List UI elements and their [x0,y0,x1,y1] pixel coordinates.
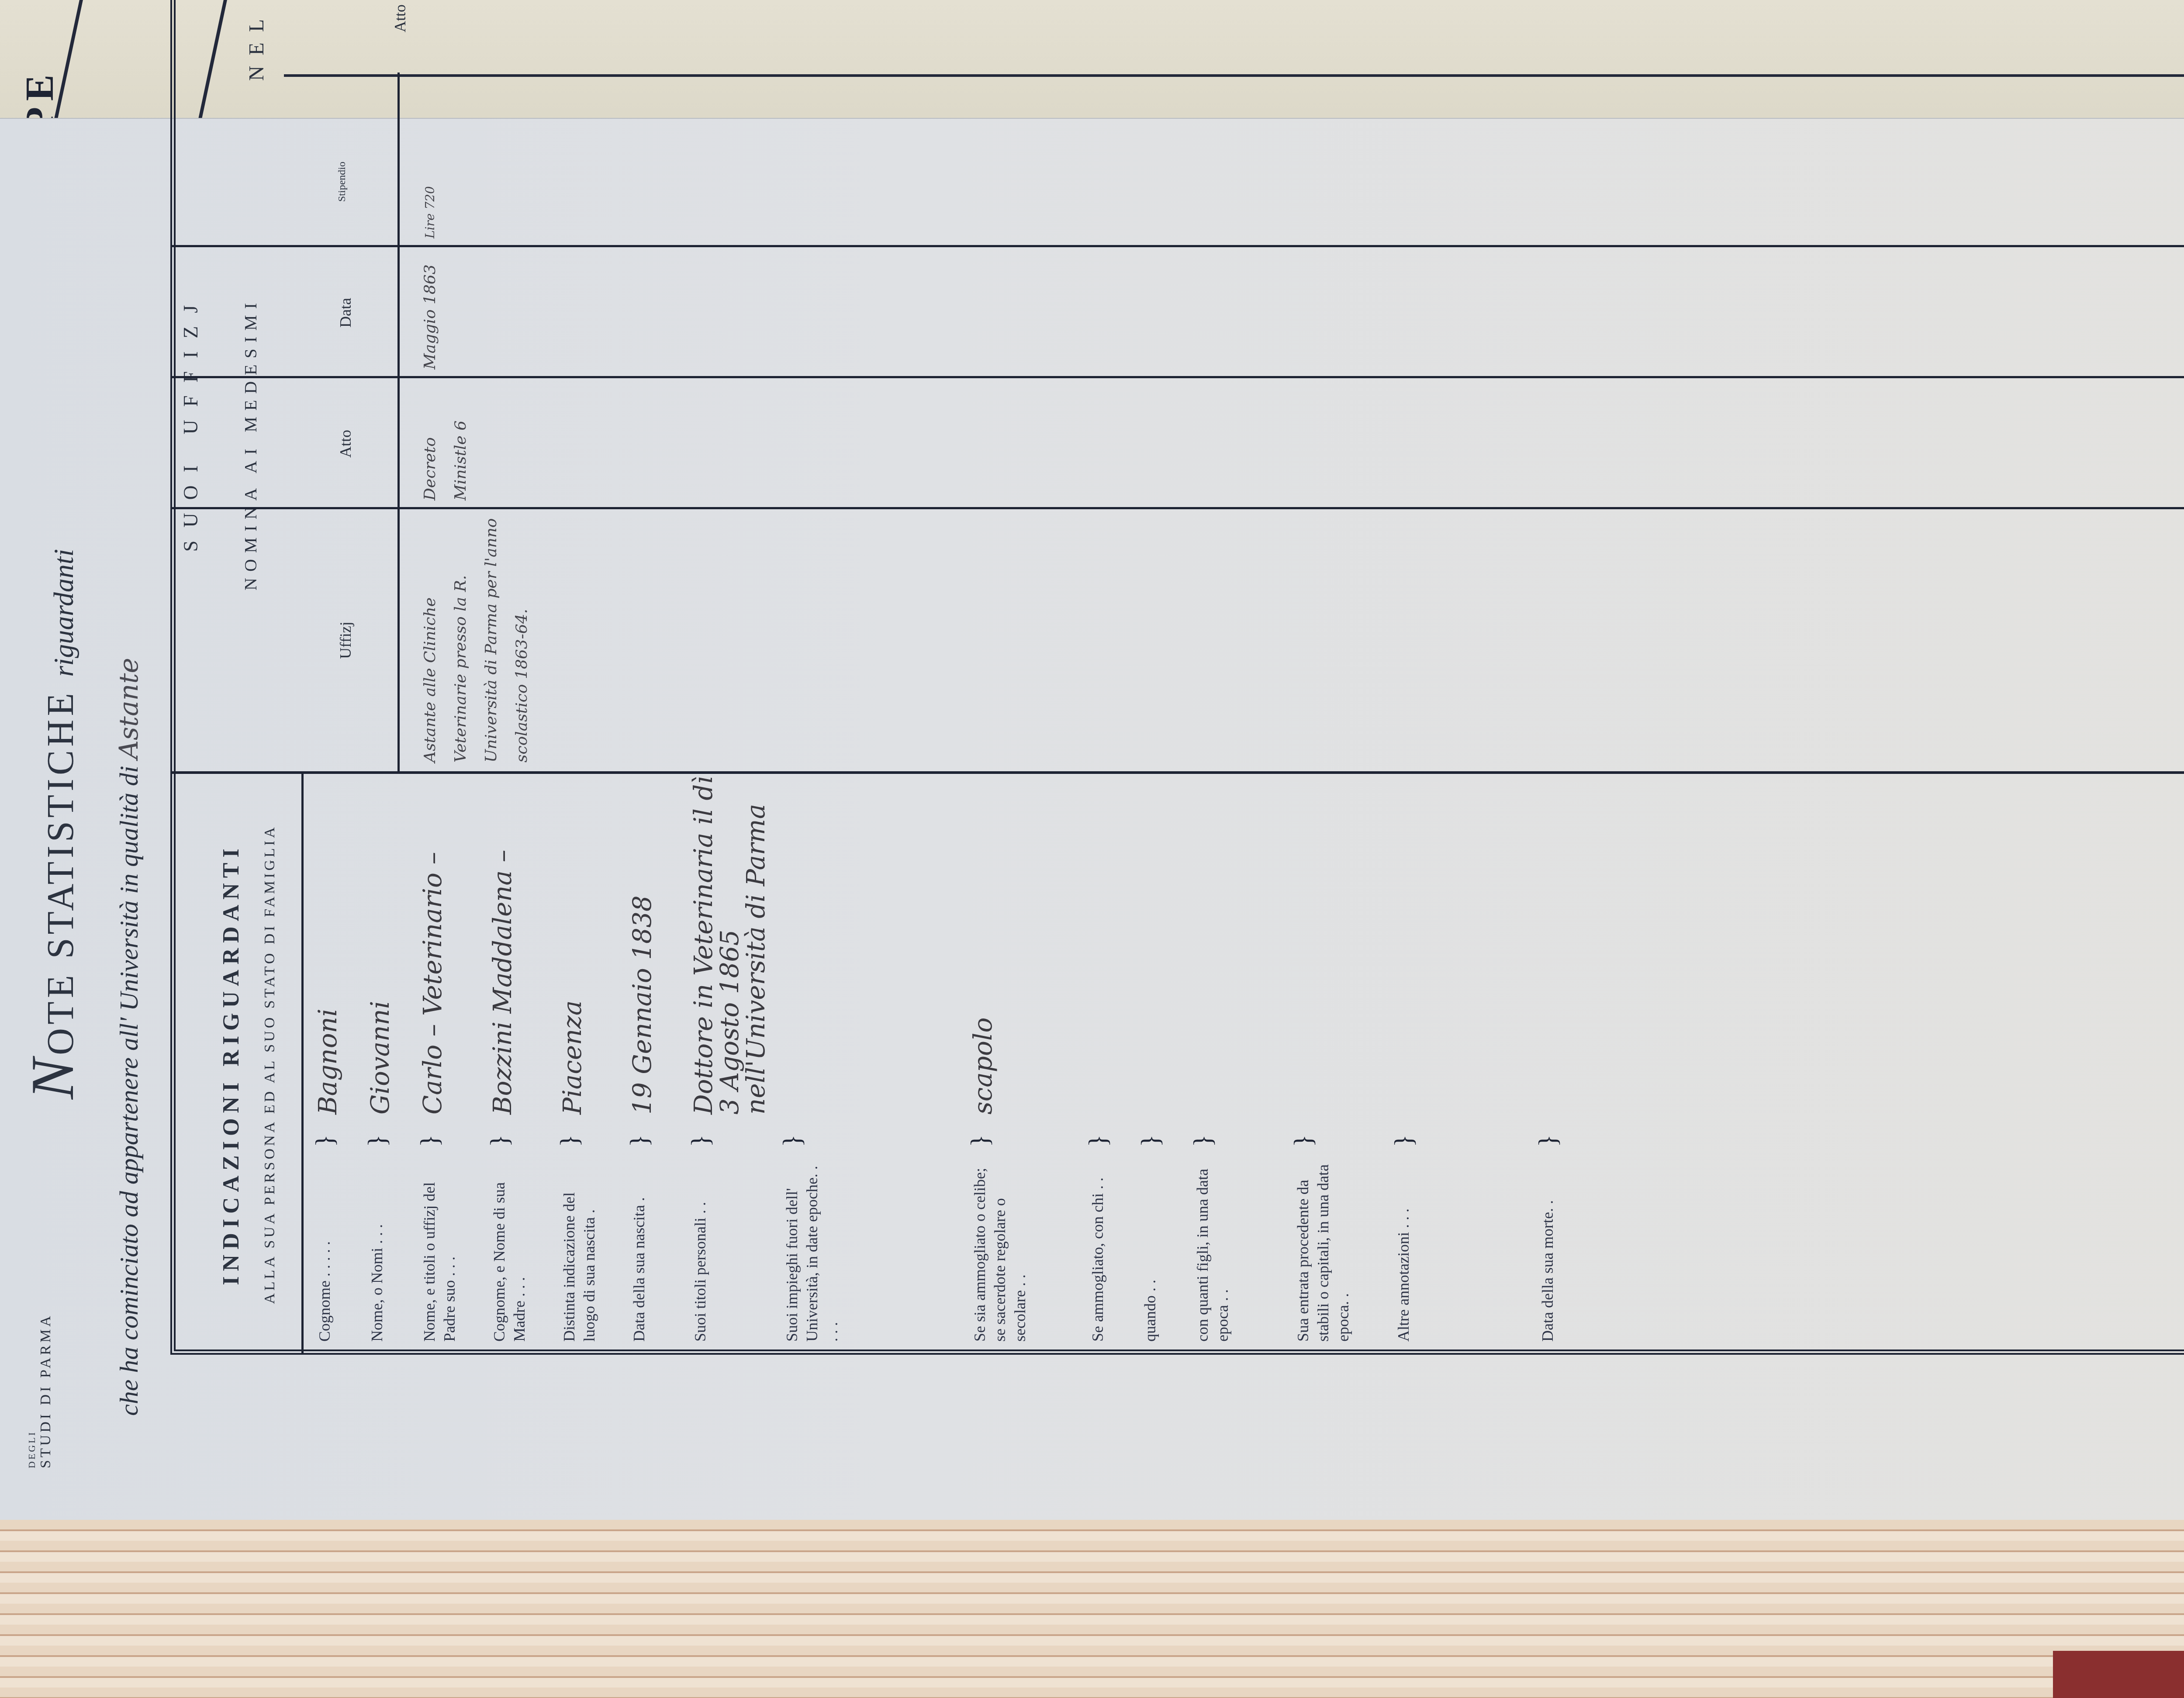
brace-icon: } [1538,1123,1558,1158]
statistical-form: DEGLI STUDI DI PARMA NOTE STATISTICHE ri… [0,119,2184,1529]
entry-stipendio: Lire 720 [415,121,446,238]
field-value: Bozzini Maddalena – [489,774,515,1123]
field-label: Se sia ammogliato o celibe; se sacerdote… [970,1158,1030,1342]
form-subtitle: che ha cominciato ad appartenere all' Un… [114,106,144,1416]
field-value: Bagnoni [314,774,341,1123]
field-row: Suoi titoli personali . .}Dottore in Vet… [690,774,778,1342]
field-label: Se ammogliato, con chi . . [1088,1158,1108,1342]
field-label: Data della sua nascita . [629,1158,649,1342]
column-divider [170,245,2184,247]
field-label: con quanti figli, in una data epoca . . [1192,1158,1233,1342]
title-text: OTE STATISTICHE [39,690,81,1055]
field-row: con quanti figli, in una data epoca . .} [1192,774,1289,1342]
entry-atto: Decreto Ministle 6 [415,383,476,500]
brace-icon: } [489,1123,509,1158]
field-label: Suoi impieghi fuori dell' Università, in… [782,1158,842,1342]
field-label: Data della sua morte. . [1538,1158,1558,1342]
field-row: Se ammogliato, con chi . .} [1088,774,1136,1342]
brace-icon: } [970,1123,990,1158]
field-row: Cognome . . . . .}Bagnoni [314,774,363,1342]
field-row: Nome, e titoli o uffizj del Padre suo . … [419,774,485,1342]
field-value: scapolo [970,774,996,1123]
brace-icon: } [419,1123,439,1158]
field-label: Suoi titoli personali . . [690,1158,710,1342]
brace-icon: } [1393,1123,1413,1158]
field-row: Altre annotazioni . . .} [1393,774,1533,1342]
entry-uffizj: Astante alle Cliniche Veterinarie presso… [415,518,537,763]
form-title: NOTE STATISTICHE riguardanti [17,119,88,1529]
field-value: Carlo – Veterinario – [419,774,446,1123]
field-list: Cognome . . . . .}BagnoniNome, o Nomi . … [314,774,1629,1342]
field-label: Sua entrata procedente da stabili o capi… [1293,1158,1353,1342]
brace-icon: } [1088,1123,1108,1158]
subtitle-text: che ha cominciato ad appartenere all' Un… [114,766,143,1416]
field-row: Data della sua nascita .}19 Gennaio 1838 [629,774,686,1342]
field-row: Nome, o Nomi . . .}Giovanni [367,774,415,1342]
title-initial: N [19,1055,86,1099]
register-page: DEGLI STUDI DI PARMA NOTE STATISTICHE ri… [0,118,2184,1529]
field-row: quando . .} [1140,774,1188,1342]
indicazioni-heading: INDICAZIONI RIGUARDANTI [218,774,244,1355]
column-divider [170,376,2184,378]
indicazioni-subheading: ALLA SUA PERSONA ED AL SUO STATO DI FAMI… [262,774,278,1355]
indicazioni-header: INDICAZIONI RIGUARDANTI ALLA SUA PERSONA… [170,774,304,1355]
title-tail: riguardanti [48,549,79,677]
nomina-heading: NOMINA AI MEDESIMI [240,116,261,771]
field-label: Nome, o Nomi . . . [367,1158,387,1342]
column-header-uffizj: Uffizj [336,509,355,771]
field-label: Distinta indicazione del luogo di sua na… [559,1158,599,1342]
brace-icon: } [782,1123,802,1158]
entry-data: Maggio 1863 [415,252,446,369]
field-value: Dottore in Veterinaria il dì 3 Agosto 18… [690,774,769,1123]
field-row: Se sia ammogliato o celibe; se sacerdote… [970,774,1083,1342]
column-header-atto: Atto [336,378,355,509]
field-label: Altre annotazioni . . . [1393,1158,1413,1342]
brace-icon: } [629,1123,649,1158]
uffizj-column: SUOI UFFIZJ NOMINA AI MEDESIMI Uffizj At… [170,72,2184,771]
book-binding [2053,1651,2184,1698]
field-row: Sua entrata procedente da stabili o capi… [1293,774,1389,1342]
page-edges [0,1520,2184,1698]
brace-icon: } [1140,1123,1160,1158]
subtitle-handwritten: Astante [114,658,144,759]
field-label: Cognome . . . . . [314,1158,335,1342]
field-value: 19 Gennaio 1838 [629,774,655,1123]
indicazioni-column: INDICAZIONI RIGUARDANTI ALLA SUA PERSONA… [170,771,2184,1355]
field-value: Piacenza [559,774,585,1123]
uffizj-heading: SUOI UFFIZJ [179,72,202,771]
brace-icon: } [1192,1123,1213,1158]
field-label: quando . . [1140,1158,1160,1342]
field-row: Data della sua morte. .} [1538,774,1625,1342]
brace-icon: } [559,1123,579,1158]
field-row: Distinta indicazione del luogo di sua na… [559,774,625,1342]
brace-icon: } [1293,1123,1313,1158]
brace-icon: } [314,1123,335,1158]
brace-icon: } [367,1123,387,1158]
uffizj-header: SUOI UFFIZJ NOMINA AI MEDESIMI Uffizj At… [170,72,400,771]
column-header-data: Data [336,247,355,378]
column-header-stipendio: Stipendio [336,116,348,247]
field-row: Suoi impieghi fuori dell' Università, in… [782,774,965,1342]
brace-icon: } [690,1123,710,1158]
field-label: Cognome, e Nome di sua Madre . . . [489,1158,529,1342]
field-value: Giovanni [367,774,393,1123]
field-label: Nome, e titoli o uffizj del Padre suo . … [419,1158,460,1342]
column-divider [170,507,2184,509]
field-row: Cognome, e Nome di sua Madre . . .}Bozzi… [489,774,555,1342]
